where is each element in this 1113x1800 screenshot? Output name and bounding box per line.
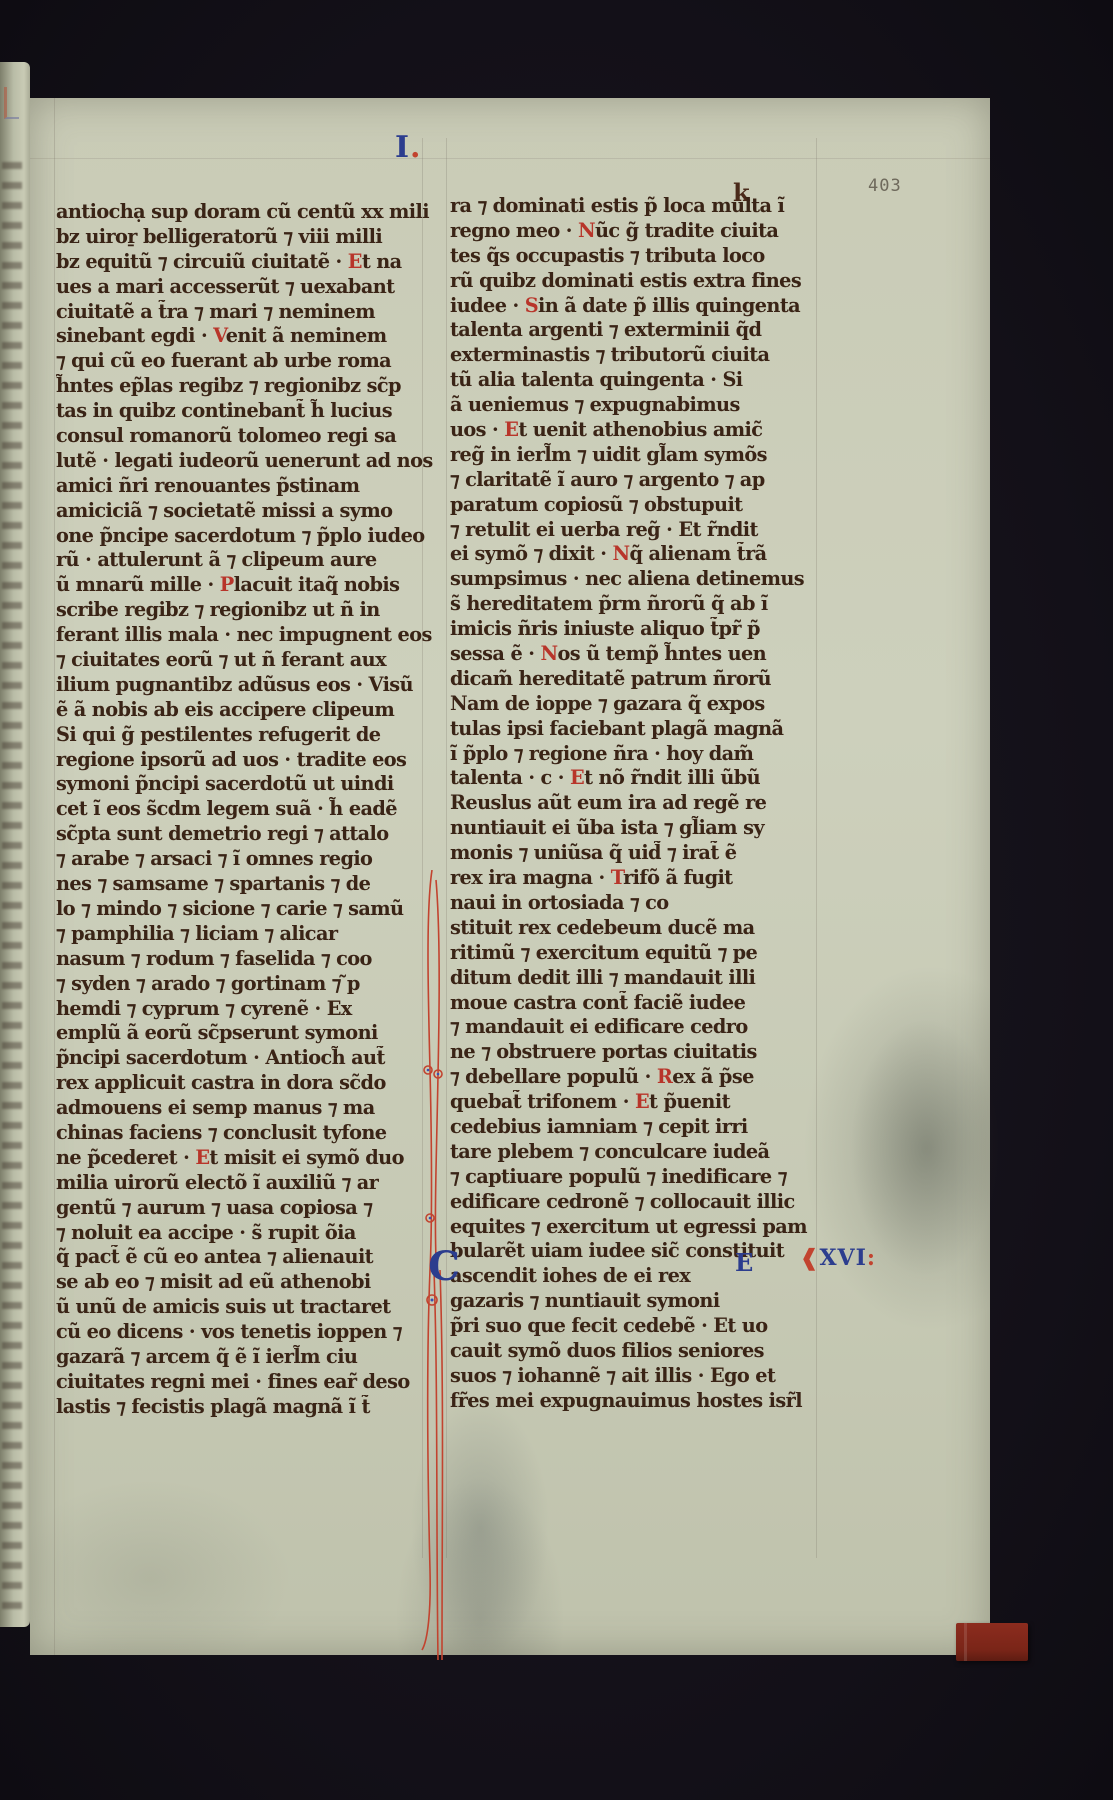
text-line: ẽ ã nobis ab eis accipere clipeum <box>56 698 436 723</box>
running-head: I. <box>395 130 422 165</box>
text-line: ⁊ mandauit ei edificare cedro <box>450 1015 830 1040</box>
text-line: Nam de ioppe ⁊ gazara q̃ expos <box>450 692 830 717</box>
rubricated-letter: S <box>525 294 538 317</box>
text-line: amiciciã ⁊ societatẽ missi a symo <box>56 499 436 524</box>
text-line: ⁊ claritatẽ ĩ auro ⁊ argento ⁊ ap <box>450 468 830 493</box>
text-line: dicam̃ hereditatẽ patrum ñrorũ <box>450 667 830 692</box>
page-tab-marker[interactable] <box>956 1623 1028 1661</box>
text-line: sinebant egdi · Venit ã neminem <box>56 324 436 349</box>
rubricated-letter: N <box>613 542 630 565</box>
rubricated-letter: E <box>195 1146 209 1169</box>
chapter-flourish-icon-end: : <box>867 1245 876 1271</box>
text-line: amici ñri renouantes p̃stinam <box>56 474 436 499</box>
text-line: ⁊ arabe ⁊ arsaci ⁊ ĩ omnes regio <box>56 847 436 872</box>
text-column-left: antiochạ sup doram cũ centũ xx milibz … <box>56 200 436 1420</box>
text-line: bularẽt uiam iudee sic̃ constituit <box>450 1239 830 1264</box>
text-line: reg̃ in ierl̃m ⁊ uidit gl̃am symõs <box>450 443 830 468</box>
text-line: rũ quibz dominati estis extra fines <box>450 269 830 294</box>
text-line: one p̃ncipe sacerdotum ⁊ p̃plo iudeo <box>56 524 436 549</box>
text-line: ne ⁊ obstruere portas ciuitatis <box>450 1040 830 1065</box>
text-line: gentũ ⁊ aurum ⁊ uasa copiosa ⁊ <box>56 1196 436 1221</box>
rubricated-letter: N <box>578 219 595 242</box>
text-line: equites ⁊ exercitum ut egressi pam <box>450 1215 830 1240</box>
text-line: ascendit iohes de ei rex <box>450 1264 830 1289</box>
text-line: lo ⁊ mindo ⁊ sicione ⁊ carie ⁊ samũ <box>56 897 436 922</box>
text-line: s̃ hereditatem p̃rm ñrorũ q̃ ab ĩ <box>450 592 830 617</box>
text-line: rũ · attulerunt ã ⁊ clipeum aure <box>56 548 436 573</box>
rubricated-letter: R <box>657 1065 672 1088</box>
rubricated-letter: N <box>540 642 557 665</box>
text-line: hemdi ⁊ cyprum ⁊ cyrenẽ · Ex <box>56 997 436 1022</box>
text-line: tare plebem ⁊ conculcare iudeã <box>450 1140 830 1165</box>
text-line: nes ⁊ samsame ⁊ spartanis ⁊ de <box>56 872 436 897</box>
text-column-right: ra ⁊ dominati estis p̃ loca multa ĩregn… <box>450 194 830 1414</box>
text-line: consul romanorũ tolomeo regi sa <box>56 424 436 449</box>
text-line: p̃ri suo que fecit cedebẽ · Et uo <box>450 1314 830 1339</box>
text-line: moue castra cont̃ faciẽ iudee <box>450 991 830 1016</box>
rubricated-letter: E <box>348 250 362 273</box>
text-line: Reuslus aũt eum ira ad regẽ re <box>450 791 830 816</box>
text-line: tas in quibz continebant̃ h̃ lucius <box>56 399 436 424</box>
text-line: talenta · c · Et nõ r̃ndit illi ũbũ <box>450 766 830 791</box>
ruling-line-top <box>30 158 990 159</box>
text-line: p̃ncipi sacerdotum · Antioch̃ aut̃ <box>56 1046 436 1071</box>
text-line: ⁊ pamphilia ⁊ liciam ⁊ alicar <box>56 922 436 947</box>
text-line: ũ mnarũ mille · Placuit itaq̃ nobis <box>56 573 436 598</box>
text-line: rex ira magna · Trifõ ã fugit <box>450 866 830 891</box>
text-line: paratum copiosũ ⁊ obstupuit <box>450 493 830 518</box>
text-line: ditum dedit illi ⁊ mandauit illi <box>450 966 830 991</box>
running-head-punct: . <box>410 130 421 165</box>
text-line: monis ⁊ uniũsa q̃ uid̃ ⁊ irat̃ ẽ <box>450 841 830 866</box>
text-line: Si qui g̃ pestilentes refugerit de <box>56 723 436 748</box>
previous-leaf-text-shadow <box>2 162 22 1612</box>
text-line: regno meo · Nũc g̃ tradite ciuita <box>450 219 830 244</box>
rubricated-letter: E <box>504 418 518 441</box>
stain-right-margin <box>850 1018 1000 1278</box>
text-line: ⁊ qui cũ eo fuerant ab urbe roma <box>56 349 436 374</box>
text-line: symoni p̃ncipi sacerdotũ ut uindi <box>56 772 436 797</box>
text-line: lastis ⁊ fecistis plagã magnã ĩ t̃ <box>56 1395 436 1420</box>
text-line: sumpsimus · nec aliena detinemus <box>450 567 830 592</box>
text-line: stituit rex cedebeum ducẽ ma <box>450 916 830 941</box>
rubricated-letter: V <box>213 324 226 347</box>
text-line: nasum ⁊ rodum ⁊ faselida ⁊ coo <box>56 947 436 972</box>
text-line: ⁊ retulit ei uerba reg̃ · Et r̃ndit <box>450 518 830 543</box>
chapter-number: ❰XVI: <box>800 1245 876 1271</box>
text-line: ues a mari accesserũt ⁊ uexabant <box>56 275 436 300</box>
text-line: ⁊ captiuare populũ ⁊ inedificare ⁊ <box>450 1165 830 1190</box>
text-line: ei symõ ⁊ dixit · Nq̃ alienam t̃rã <box>450 542 830 567</box>
text-line: ⁊ syden ⁊ arado ⁊ gortinam ⁊ ̃p <box>56 972 436 997</box>
text-line: tũ alia talenta quingenta · Si <box>450 368 830 393</box>
text-line: ne p̃cederet · Et misit ei symõ duo <box>56 1146 436 1171</box>
text-line: bz equitũ ⁊ circuiũ ciuitatẽ · Et na <box>56 250 436 275</box>
rubricated-letter: T <box>611 866 623 889</box>
text-line: sc̃pta sunt demetrio regi ⁊ attalo <box>56 822 436 847</box>
text-line: cet ĩ eos s̃cdm legem suã · h̃ eadẽ <box>56 797 436 822</box>
text-line: ⁊ noluit ea accipe · s̃ rupit õia <box>56 1221 436 1246</box>
previous-leaf-edge <box>0 62 30 1627</box>
rubricated-letter: E <box>570 766 584 789</box>
text-line: emplũ ã eorũ sc̃pserunt symoni <box>56 1021 436 1046</box>
text-line: edificare cedronẽ ⁊ collocauit illic <box>450 1190 830 1215</box>
text-line: regione ipsorũ ad uos · tradite eos <box>56 748 436 773</box>
ruling-line-left-margin <box>54 98 55 1655</box>
text-line: ferant illis mala · nec impugnent eos <box>56 623 436 648</box>
rubricated-letter: E <box>635 1090 649 1113</box>
text-line: gazaris ⁊ nuntiauit symoni <box>450 1289 830 1314</box>
text-line: nuntiauit ei ũba ista ⁊ gl̃iam sy <box>450 816 830 841</box>
text-line: ilium pugnantibz adũsus eos · Visũ <box>56 673 436 698</box>
text-line: ⁊ ciuitates eorũ ⁊ ut ñ ferant aux <box>56 648 436 673</box>
text-line: ciuitatẽ a t̃ra ⁊ mari ⁊ neminem <box>56 300 436 325</box>
chapter-initial: C <box>425 1245 463 1289</box>
text-line: ũ unũ de amicis suis ut tractaret <box>56 1295 436 1320</box>
text-line: ⁊ debellare populũ · Rex ã p̃se <box>450 1065 830 1090</box>
text-line: h̃ntes ep̃las regibz ⁊ regionibz sc̃p <box>56 374 436 399</box>
rubricated-letter: P <box>220 573 234 596</box>
text-line: bz uiroṟ belligeratorũ ⁊ viii milli <box>56 225 436 250</box>
text-line: admouens ei semp manus ⁊ ma <box>56 1096 436 1121</box>
text-line: suos ⁊ iohannẽ ⁊ ait illis · Ego et <box>450 1364 830 1389</box>
text-line: tulas ipsi faciebant plagã magnã <box>450 717 830 742</box>
text-line: cauit symõ duos filios seniores <box>450 1339 830 1364</box>
chapter-flourish-icon: ❰ <box>800 1245 819 1271</box>
text-line: quebat̃ trifonem · Et p̃uenit <box>450 1090 830 1115</box>
text-line: ĩ p̃plo ⁊ regione ñra · hoy dam̃ <box>450 742 830 767</box>
chapter-initial-right: E <box>735 1248 753 1277</box>
text-line: fr̃es mei expugnauimus hostes isr̃l <box>450 1389 830 1414</box>
text-line: gazarã ⁊ arcem q̃ ẽ ĩ ierl̃m ciu <box>56 1345 436 1370</box>
text-line: cedebius iamniam ⁊ cepit irri <box>450 1115 830 1140</box>
text-line: naui in ortosiada ⁊ co <box>450 891 830 916</box>
text-line: exterminastis ⁊ tributorũ ciuita <box>450 343 830 368</box>
folio-number: 403 <box>868 176 902 196</box>
tab-fold <box>964 1623 967 1661</box>
text-line: uos · Et uenit athenobius amic̃ <box>450 418 830 443</box>
chapter-numeral: XVI <box>819 1245 866 1271</box>
text-line: chinas faciens ⁊ conclusit tyfone <box>56 1121 436 1146</box>
text-line: cũ eo dicens · vos tenetis ioppen ⁊ <box>56 1320 436 1345</box>
text-line: iudee · Sin ã date p̃ illis quingenta <box>450 294 830 319</box>
text-line: ra ⁊ dominati estis p̃ loca multa ĩ <box>450 194 830 219</box>
text-line: tes q̃s occupastis ⁊ tributa loco <box>450 244 830 269</box>
text-line: ã ueniemus ⁊ expugnabimus <box>450 393 830 418</box>
text-line: talenta argenti ⁊ exterminii q̃d <box>450 318 830 343</box>
text-line: sessa ẽ · Nos ũ temp̃ h̃ntes uen <box>450 642 830 667</box>
text-line: ritimũ ⁊ exercitum equitũ ⁊ pe <box>450 941 830 966</box>
text-line: lutẽ · legati iudeorũ uenerunt ad nos <box>56 449 436 474</box>
previous-leaf-rubric-mark <box>4 87 19 119</box>
text-line: scribe regibz ⁊ regionibz ut ñ in <box>56 598 436 623</box>
text-line: imicis ñris iniuste aliquo t̃pr̃ p̃ <box>450 617 830 642</box>
text-line: q̃ pact̃ ẽ cũ eo antea ⁊ alienauit <box>56 1245 436 1270</box>
text-line: ciuitates regni mei · fines ear̃ deso <box>56 1370 436 1395</box>
text-line: milia uirorũ electõ ĩ auxiliũ ⁊ ar <box>56 1171 436 1196</box>
text-line: antiochạ sup doram cũ centũ xx mili <box>56 200 436 225</box>
text-line: rex applicuit castra in dora sc̃do <box>56 1071 436 1096</box>
text-line: se ab eo ⁊ misit ad eũ athenobi <box>56 1270 436 1295</box>
running-head-letter: I <box>395 130 410 165</box>
